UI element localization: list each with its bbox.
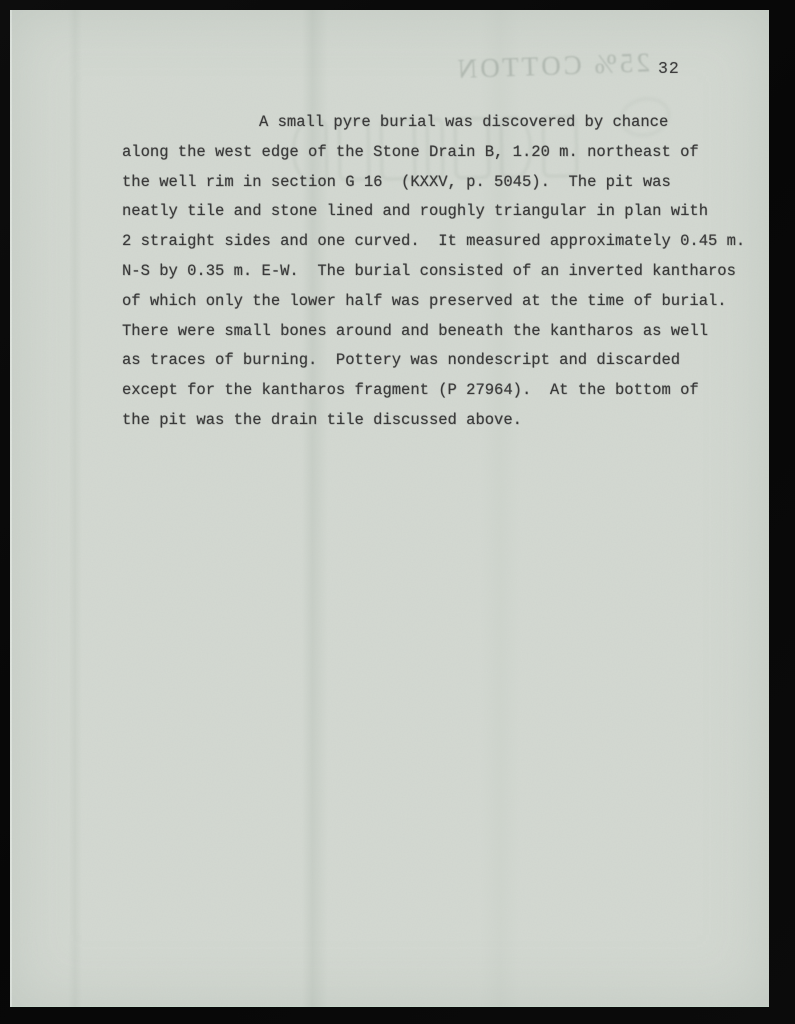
paper-crease bbox=[68, 10, 82, 1007]
typewritten-line: except for the kantharos fragment (P 279… bbox=[122, 376, 762, 406]
typewritten-line: the pit was the drain tile discussed abo… bbox=[122, 406, 762, 436]
scanner-background: 25% COTTON 32 A small pyre burial was di… bbox=[0, 0, 795, 1024]
typewritten-line: neatly tile and stone lined and roughly … bbox=[122, 197, 762, 227]
page-number: 32 bbox=[658, 59, 680, 78]
typewritten-paragraph: A small pyre burial was discovered by ch… bbox=[122, 108, 762, 436]
typewritten-line: of which only the lower half was preserv… bbox=[122, 287, 762, 317]
document-page: 25% COTTON 32 A small pyre burial was di… bbox=[10, 10, 769, 1007]
typewritten-line: There were small bones around and beneat… bbox=[122, 317, 762, 347]
typewritten-line: as traces of burning. Pottery was nondes… bbox=[122, 346, 762, 376]
typewritten-line: N-S by 0.35 m. E-W. The burial consisted… bbox=[122, 257, 762, 287]
typewritten-line: along the west edge of the Stone Drain B… bbox=[122, 138, 762, 168]
typewritten-line: the well rim in section G 16 (KXXV, p. 5… bbox=[122, 168, 762, 198]
watermark-cotton-text: 25% COTTON bbox=[380, 47, 651, 87]
typewritten-line: A small pyre burial was discovered by ch… bbox=[122, 108, 762, 138]
typewritten-line: 2 straight sides and one curved. It meas… bbox=[122, 227, 762, 257]
